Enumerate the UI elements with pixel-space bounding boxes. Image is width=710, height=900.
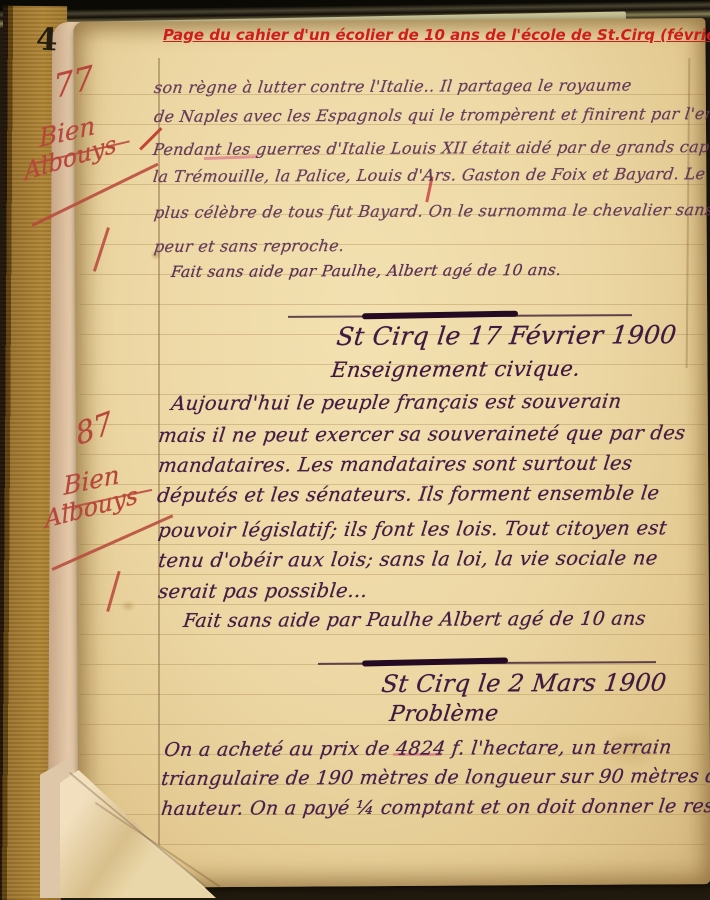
section-date: St Cirq le 17 Février 1900 [335,320,678,351]
handwriting-line: peur et sans reproche. [153,236,346,256]
attribution-line: Fait sans aide par Paulhe Albert agé de … [182,608,647,632]
handwriting-line: Aujourd'hui le peuple français est souve… [170,390,623,415]
handwriting-line: tenu d'obéir aux lois; sans la loi, la v… [157,546,659,572]
handwriting-line: serait pas possible... [157,579,369,603]
handwriting-line: triangulaire de 190 mètres de longueur s… [160,765,710,790]
paper-stain [120,600,136,612]
handwriting-line: Pendant les guerres d'Italie Louis XII é… [152,137,710,159]
handwriting-line: la Trémouille, la Palice, Louis d'Ars. G… [152,164,707,186]
handwriting-line: pouvoir législatif; ils font les lois. T… [157,516,668,542]
handwriting-line: hauteur. On a payé ¼ comptant et on doit… [160,795,710,820]
handwriting-line: plus célèbre de tous fut Bayard. On le s… [153,200,710,222]
page-number: 4 [35,21,58,58]
handwriting-line: On a acheté au prix de 4824 f. l'hectare… [163,736,673,761]
handwriting-line: mandataires. Les mandataires sont surtou… [157,452,634,477]
handwriting-line: de Naples avec les Espagnols qui le trom… [153,104,710,126]
handwriting-line: députés et les sénateurs. Ils forment en… [156,481,661,507]
attribution-line: Fait sans aide par Paulhe, Albert agé de… [170,261,562,281]
section-heading: Enseignement civique. [330,357,582,382]
section-date: St Cirq le 2 Mars 1900 [380,669,668,698]
caption-title: Page du cahier d'un écolier de 10 ans de… [163,26,708,44]
section-heading: Problème [388,701,500,727]
handwriting-line: mais il ne peut exercer sa souveraineté … [157,421,687,447]
handwriting-line: son règne à lutter contre l'Italie.. Il … [153,76,633,97]
scanned-notebook-photo: 4 Page du cahier d'un écolier de 10 ans … [0,0,710,900]
